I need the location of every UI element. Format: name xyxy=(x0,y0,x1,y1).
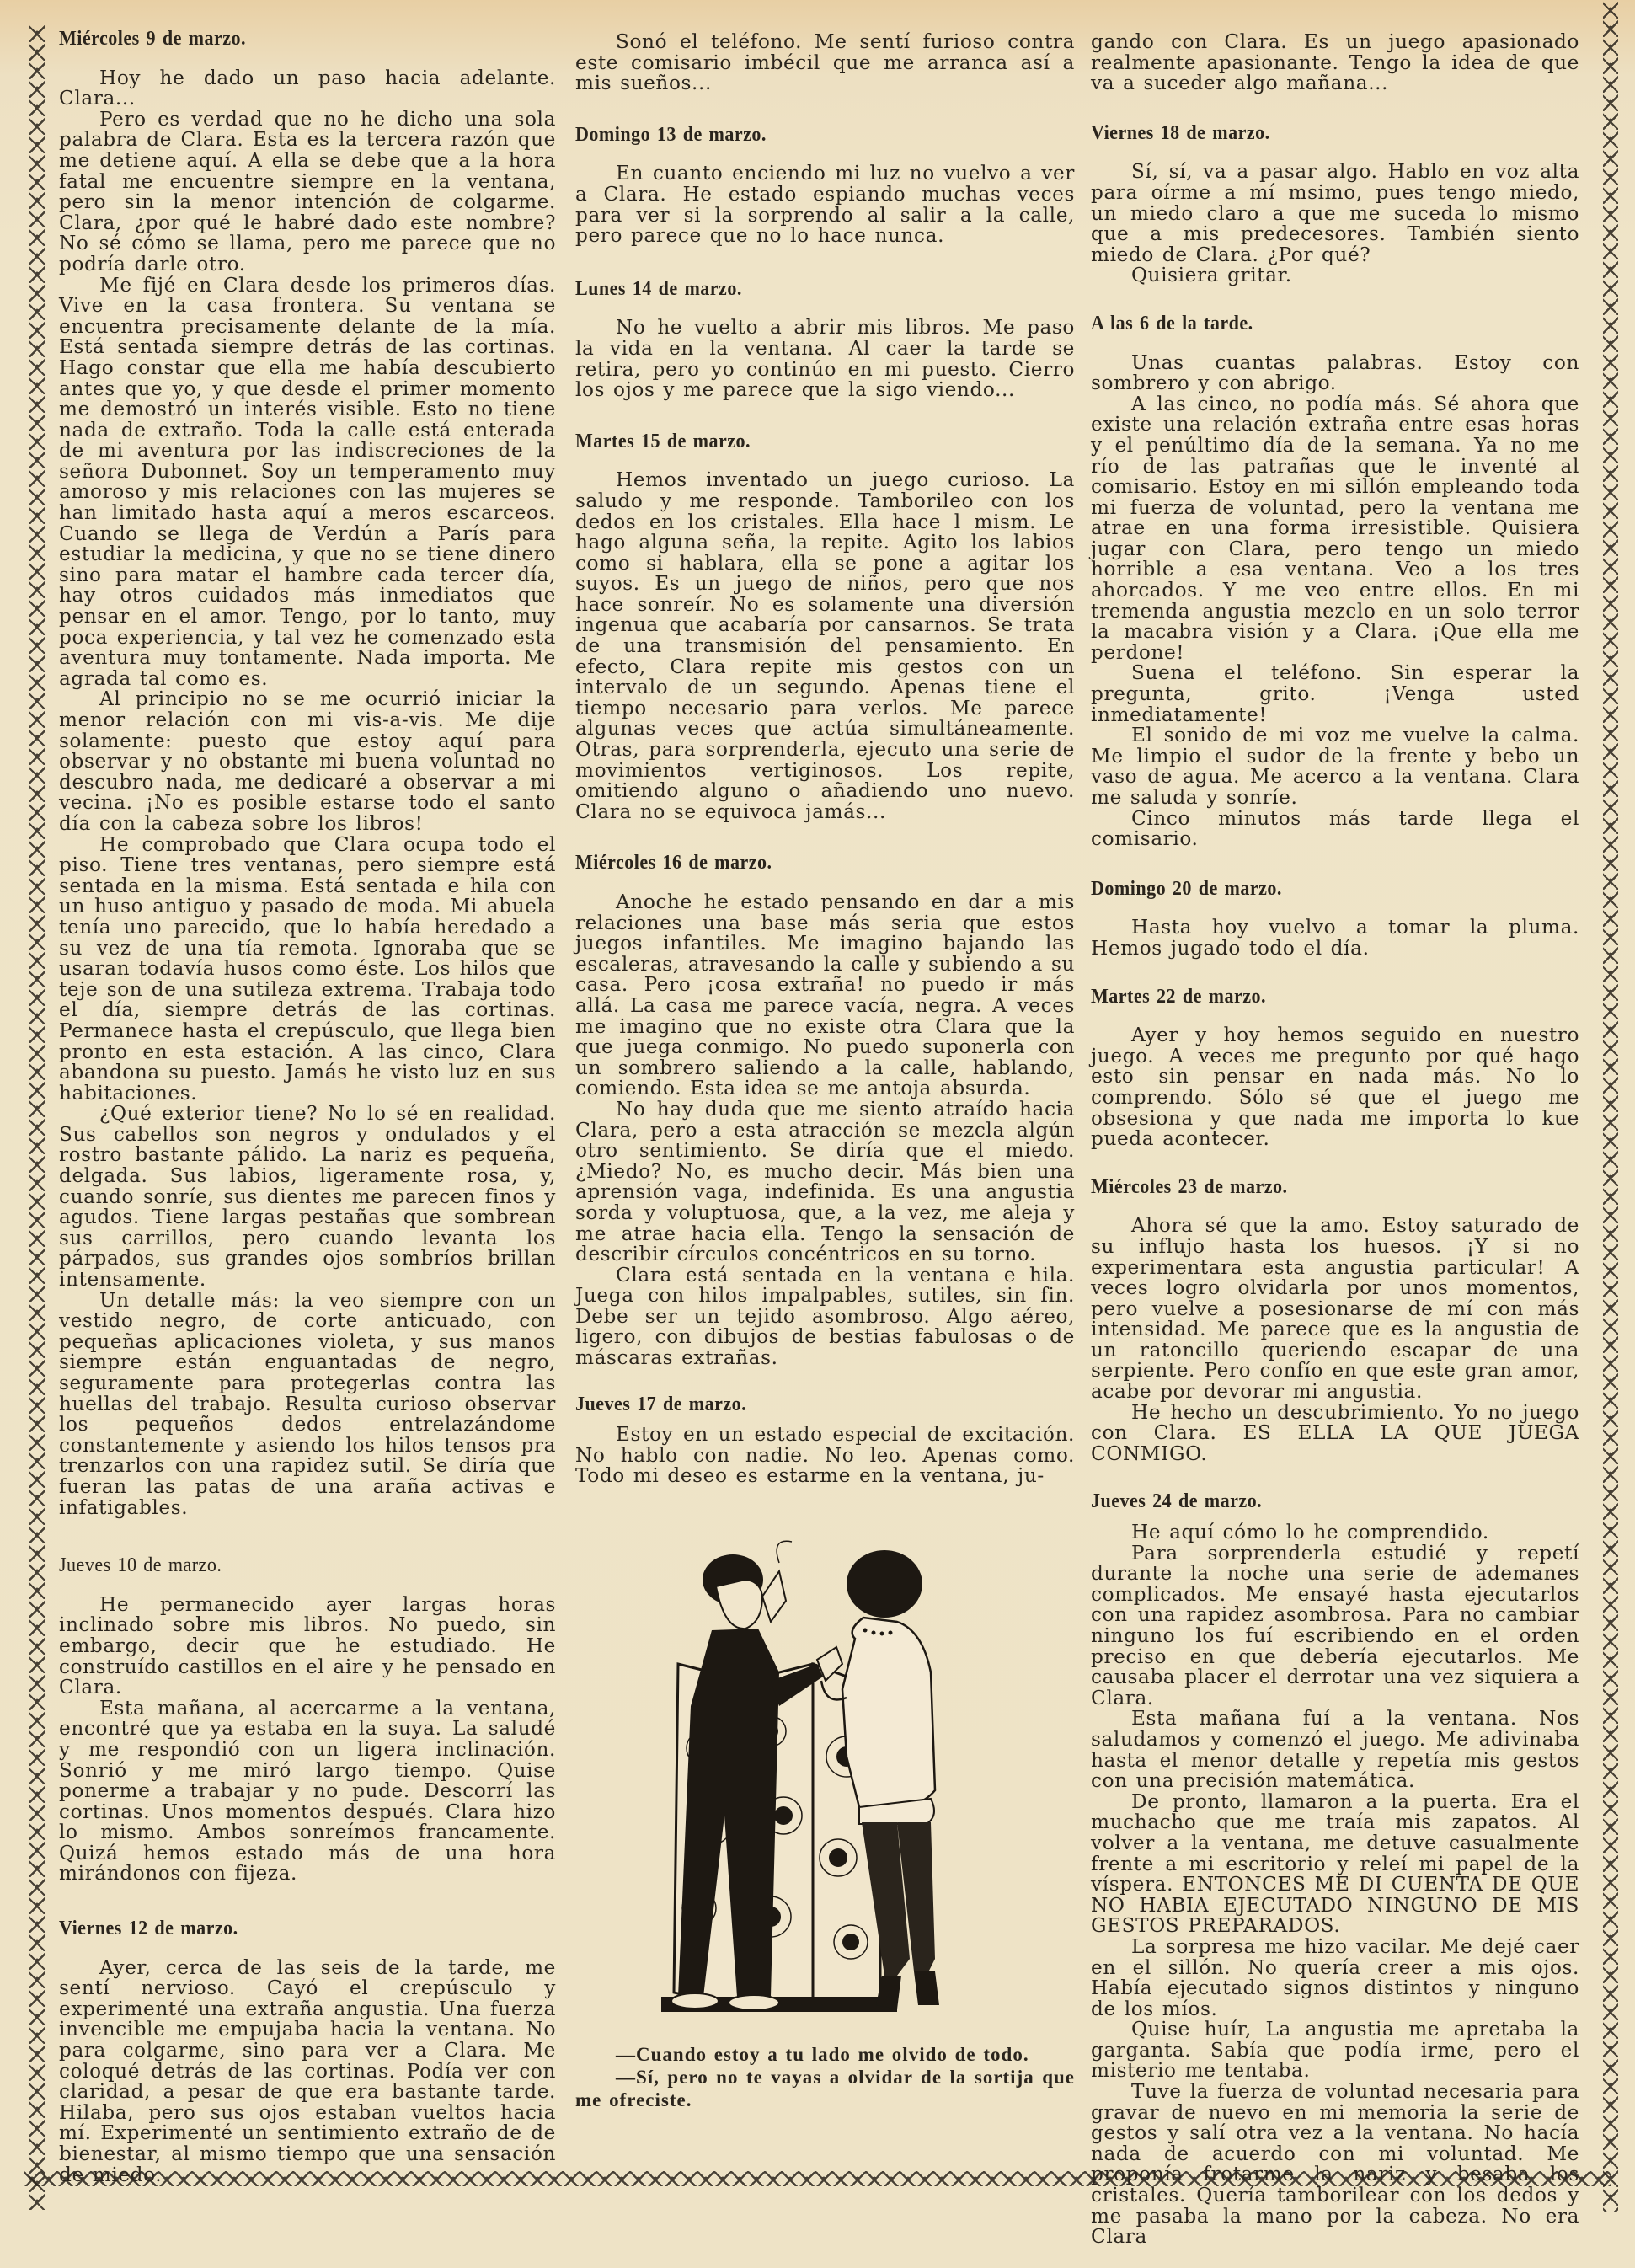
caption-line: —Sí, pero no te vayas a olvidar de la so… xyxy=(575,2066,1075,2111)
column-2: Sonó el teléfono. Me sentí furioso contr… xyxy=(575,32,1075,2111)
diary-entry: Miércoles 23 de marzo. Ahora sé que la a… xyxy=(1091,1177,1579,1465)
paragraph: ¿Qué exterior tiene? No lo sé en realida… xyxy=(59,1104,556,1290)
paragraph: Esta mañana, al acercarme a la ventana, … xyxy=(59,1698,556,1885)
diary-entry: Miércoles 16 de marzo. Anoche he estado … xyxy=(575,853,1075,1368)
entry-date: Viernes 18 de marzo. xyxy=(1091,123,1541,144)
entry-date: Lunes 14 de marzo. xyxy=(575,279,1035,300)
paragraph: No hay duda que me siento atraído hacia … xyxy=(575,1099,1075,1265)
entry-date: Domingo 13 de marzo. xyxy=(575,125,1035,146)
cartoon-illustration xyxy=(644,1538,1007,2018)
paragraph: Tuve la fuerza de voluntad necesaria par… xyxy=(1091,2082,1579,2248)
entry-date: Martes 15 de marzo. xyxy=(575,431,1035,452)
paragraph: Estoy en un estado especial de excitació… xyxy=(575,1425,1075,1487)
paragraph: He aquí cómo lo he comprendido. xyxy=(1091,1522,1579,1543)
paragraph: Sonó el teléfono. Me sentí furioso contr… xyxy=(575,32,1075,94)
paragraph: Quisiera gritar. xyxy=(1091,265,1579,286)
paragraph: A las cinco, no podía más. Sé ahora que … xyxy=(1091,394,1579,664)
paragraph: Clara está sentada en la ventana e hila.… xyxy=(575,1265,1075,1369)
paragraph: Hasta hoy vuelvo a tomar la pluma. Hemos… xyxy=(1091,917,1579,959)
diary-entry: Lunes 14 de marzo. No he vuelto a abrir … xyxy=(575,279,1075,401)
paragraph: Ayer y hoy hemos seguido en nuestro jueg… xyxy=(1091,1025,1579,1150)
diary-entry-continued: Sonó el teléfono. Me sentí furioso contr… xyxy=(575,32,1075,94)
paragraph: He hecho un descubrimiento. Yo no juego … xyxy=(1091,1403,1579,1465)
entry-date: Miércoles 9 de marzo. xyxy=(59,29,516,50)
newspaper-page: Miércoles 9 de marzo. Hoy he dado un pas… xyxy=(0,0,1635,2268)
paragraph: Anoche he estado pensando en dar a mis r… xyxy=(575,892,1075,1099)
diary-entry: Miércoles 9 de marzo. Hoy he dado un pas… xyxy=(59,29,556,1518)
paragraph: En cuanto enciendo mi luz no vuelvo a ve… xyxy=(575,163,1075,246)
diary-entry: Domingo 13 de marzo. En cuanto enciendo … xyxy=(575,125,1075,247)
column-3: gando con Clara. Es un juego apasionado … xyxy=(1091,32,1579,2268)
paragraph: No he vuelto a abrir mis libros. Me paso… xyxy=(575,318,1075,400)
paragraph: Ayer, cerca de las seis de la tarde, me … xyxy=(59,1958,556,2186)
entry-date: A las 6 de la tarde. xyxy=(1091,313,1541,334)
entry-date: Martes 22 de marzo. xyxy=(1091,987,1541,1008)
paragraph: De pronto, llamaron a la puerta. Era el … xyxy=(1091,1792,1579,1937)
left-diamond-border xyxy=(26,24,48,2210)
diary-entry: Viernes 18 de marzo. Sí, sí, va a pasar … xyxy=(1091,123,1579,286)
paragraph: El sonido de mi voz me vuelve la calma. … xyxy=(1091,725,1579,808)
paragraph: La sorpresa me hizo vacilar. Me dejé cae… xyxy=(1091,1937,1579,2019)
paragraph: Ahora sé que la amo. Estoy saturado de s… xyxy=(1091,1216,1579,1402)
entry-date: Miércoles 16 de marzo. xyxy=(575,853,1035,874)
diary-entry: Jueves 17 de marzo. Estoy en un estado e… xyxy=(575,1394,1075,1487)
illustration-caption: —Cuando estoy a tu lado me olvido de tod… xyxy=(575,2043,1075,2111)
paragraph: Unas cuantas palabras. Estoy con sombrer… xyxy=(1091,353,1579,394)
paragraph: Suena el teléfono. Sin esperar la pregun… xyxy=(1091,663,1579,725)
paragraph: Hemos inventado un juego curioso. La sal… xyxy=(575,470,1075,822)
caption-line: —Cuando estoy a tu lado me olvido de tod… xyxy=(575,2043,1075,2066)
column-1: Miércoles 9 de marzo. Hoy he dado un pas… xyxy=(59,29,556,2207)
entry-date: Viernes 12 de marzo. xyxy=(59,1918,516,1939)
right-diamond-border xyxy=(1600,0,1622,2212)
diary-entry: Jueves 24 de marzo. He aquí cómo lo he c… xyxy=(1091,1491,1579,2247)
paragraph: Hoy he dado un paso hacia adelante. Clar… xyxy=(59,68,556,110)
entry-date: Jueves 24 de marzo. xyxy=(1091,1491,1541,1512)
diary-entry: Martes 22 de marzo. Ayer y hoy hemos seg… xyxy=(1091,987,1579,1150)
entry-date: Miércoles 23 de marzo. xyxy=(1091,1177,1541,1198)
entry-date: Domingo 20 de marzo. xyxy=(1091,879,1541,900)
entry-date: Jueves 17 de marzo. xyxy=(575,1394,1035,1415)
paragraph: Un detalle más: la veo siempre con un ve… xyxy=(59,1291,556,1519)
paragraph: Pero es verdad que no he dicho una sola … xyxy=(59,110,556,275)
diary-entry: Viernes 12 de marzo. Ayer, cerca de las … xyxy=(59,1918,556,2185)
paragraph: Me fijé en Clara desde los primeros días… xyxy=(59,275,556,690)
paragraph: Para sorprenderla estudié y repetí duran… xyxy=(1091,1543,1579,1709)
paragraph: Esta mañana fuí a la ventana. Nos saluda… xyxy=(1091,1709,1579,1791)
paragraph: He permanecido ayer largas horas inclina… xyxy=(59,1595,556,1698)
diary-entry-continued: gando con Clara. Es un juego apasionado … xyxy=(1091,32,1579,94)
paragraph: Al principio no se me ocurrió iniciar la… xyxy=(59,689,556,834)
paragraph: Cinco minutos más tarde llega el comisar… xyxy=(1091,809,1579,850)
diary-entry: Domingo 20 de marzo. Hasta hoy vuelvo a … xyxy=(1091,879,1579,960)
paragraph: Quise huír, La angustia me apretaba la g… xyxy=(1091,2019,1579,2082)
paragraph: He comprobado que Clara ocupa todo el pi… xyxy=(59,835,556,1105)
diary-entry: A las 6 de la tarde. Unas cuantas palabr… xyxy=(1091,313,1579,850)
paragraph: gando con Clara. Es un juego apasionado … xyxy=(1091,32,1579,94)
diary-entry: Jueves 10 de marzo. He permanecido ayer … xyxy=(59,1555,556,1885)
paragraph: Sí, sí, va a pasar algo. Hablo en voz al… xyxy=(1091,162,1579,265)
entry-date: Jueves 10 de marzo. xyxy=(59,1555,516,1576)
diary-entry: Martes 15 de marzo. Hemos inventado un j… xyxy=(575,431,1075,823)
